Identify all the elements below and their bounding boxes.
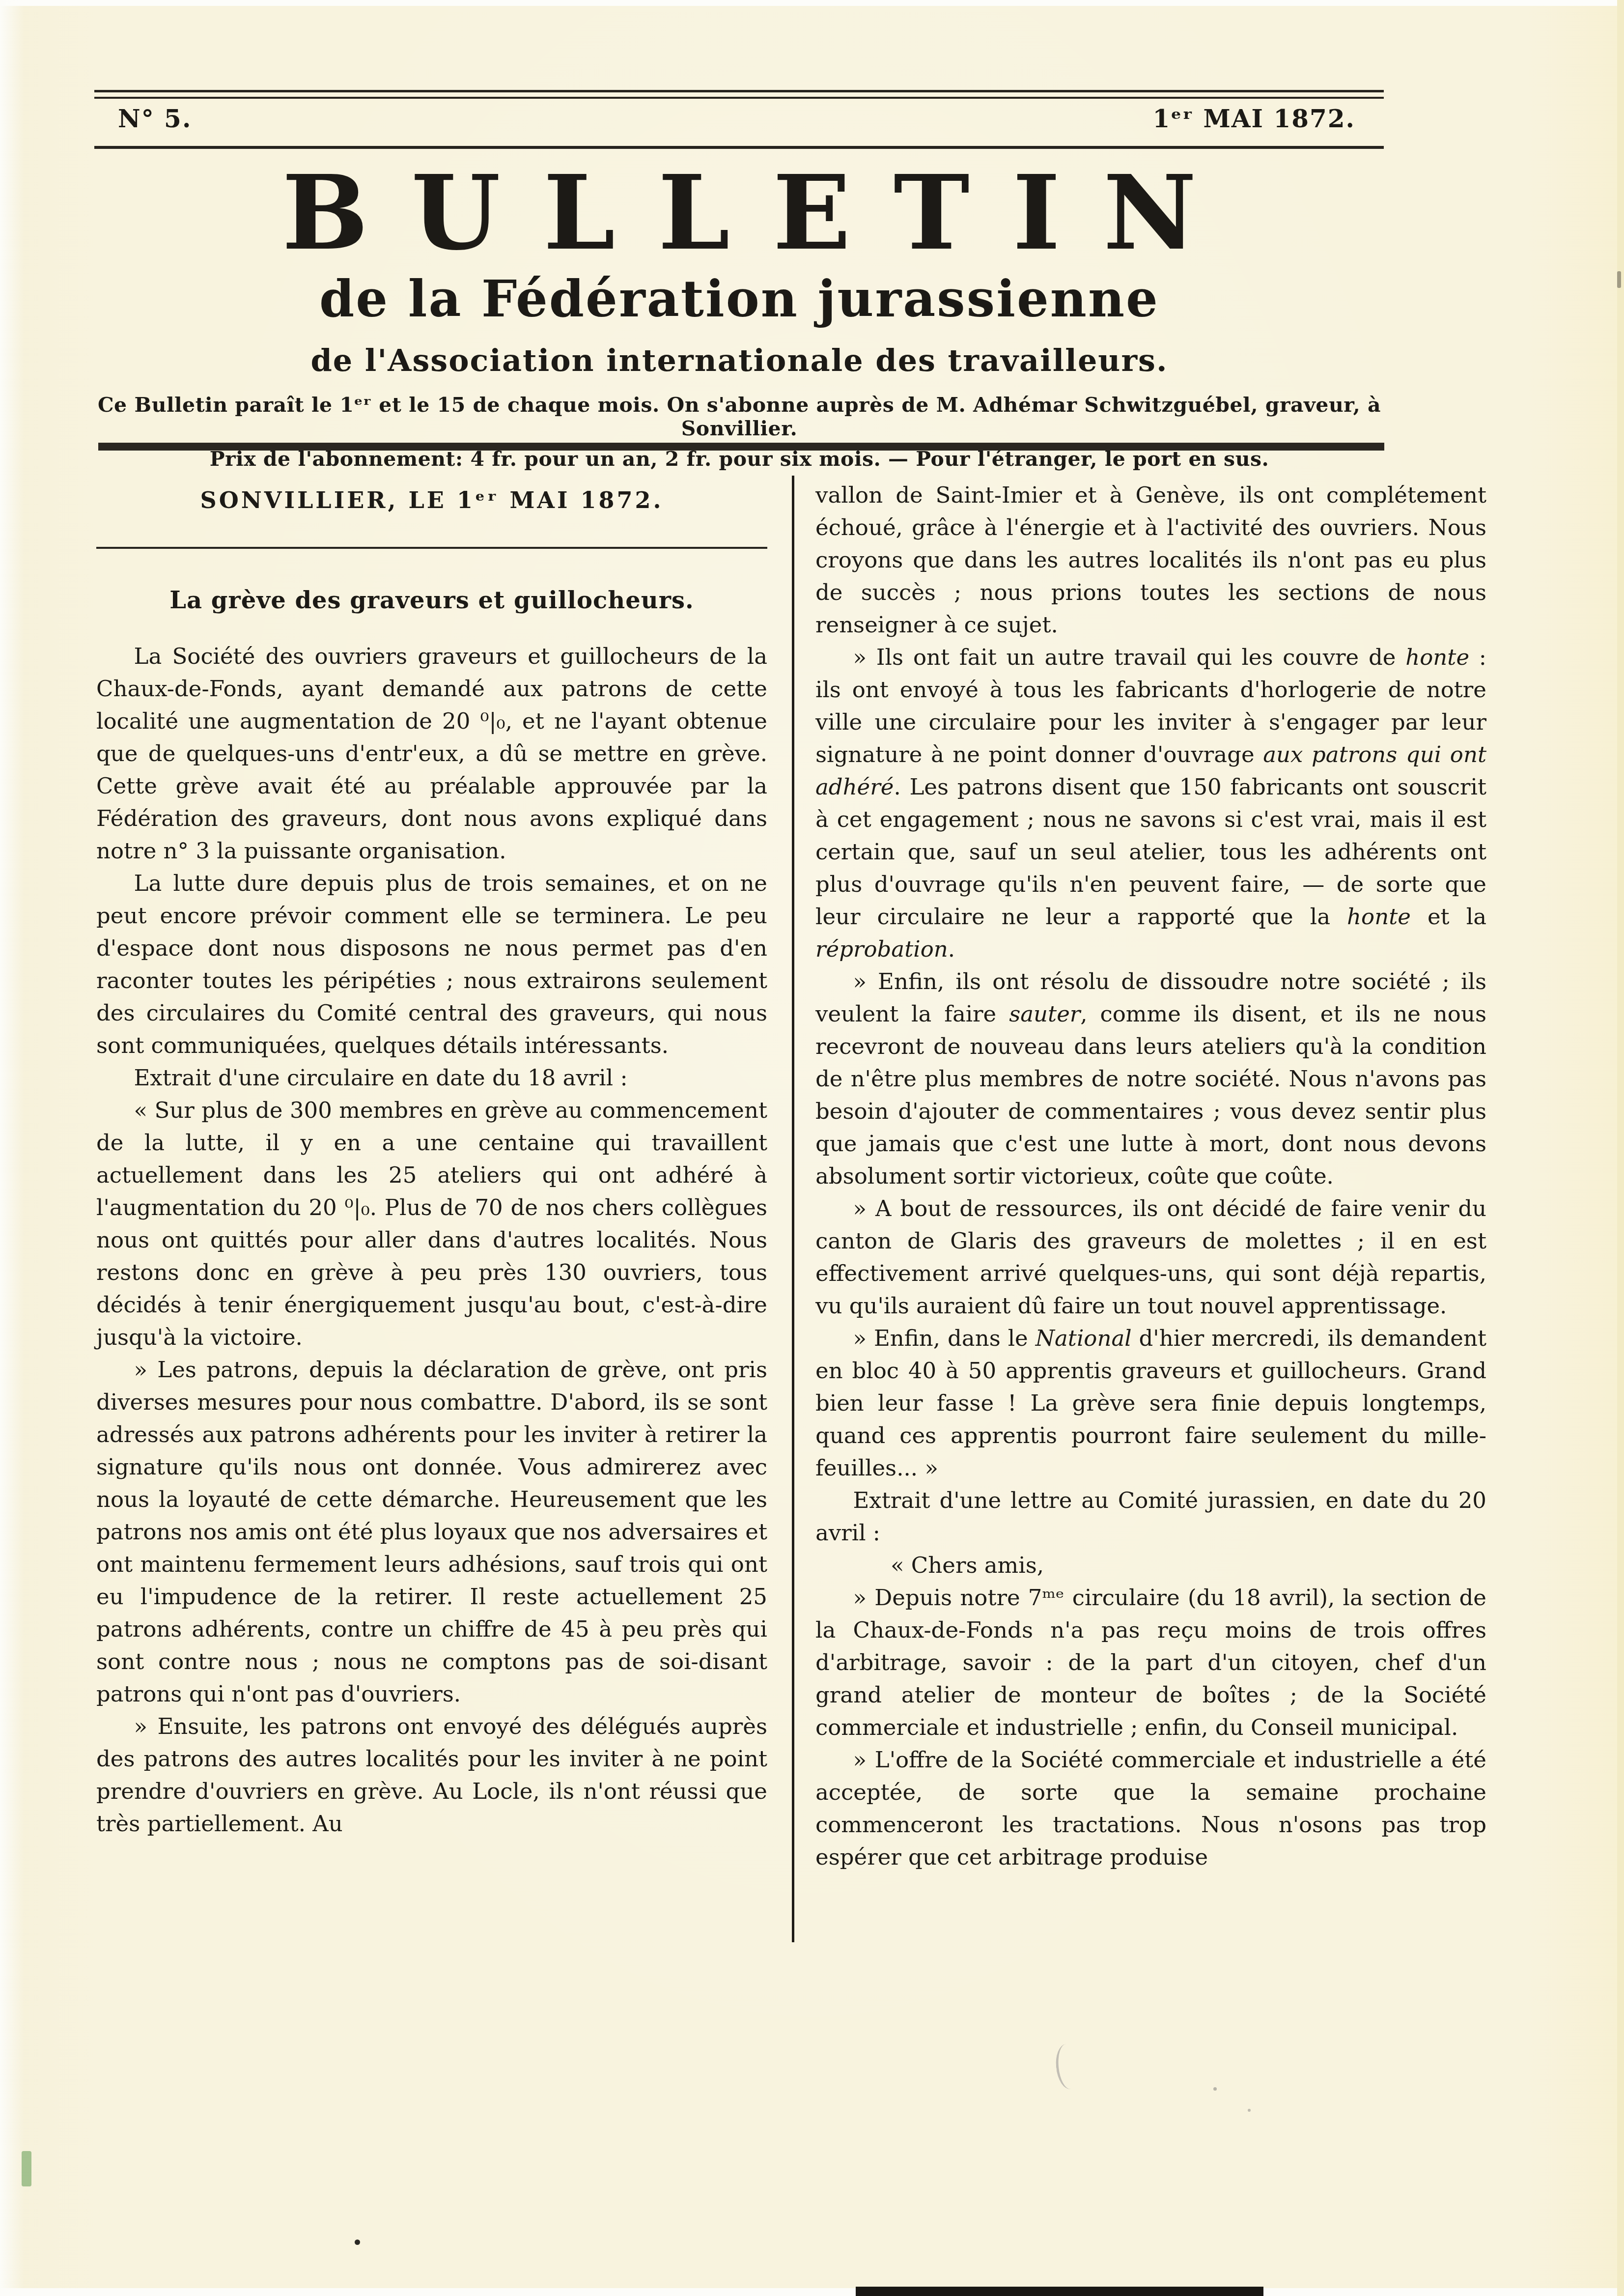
paragraph: Extrait d'une lettre au Comité jurassien… — [815, 1484, 1486, 1549]
paragraph: La lutte dure depuis plus de trois semai… — [96, 867, 767, 1062]
paragraph: » Les patrons, depuis la déclaration de … — [96, 1354, 767, 1710]
column-divider-rule — [792, 476, 794, 1942]
paragraph: » L'offre de la Société commerciale et i… — [815, 1744, 1486, 1873]
scan-artifact-dot — [1213, 2087, 1217, 2091]
paragraph: » Enfin, dans le National d'hier mercred… — [815, 1322, 1486, 1484]
paragraph: » Depuis notre 7ᵐᵉ circulaire (du 18 avr… — [815, 1582, 1486, 1744]
left-column: SONVILLIER, LE 1ᵉʳ MAI 1872. La grève de… — [96, 479, 767, 1840]
issue-number: N° 5. — [118, 104, 192, 133]
newspaper-page: N° 5. 1ᵉʳ MAI 1872. BULLETIN de la Fédér… — [0, 0, 1624, 2296]
dateline: SONVILLIER, LE 1ᵉʳ MAI 1872. — [96, 484, 767, 516]
paragraph: » Enfin, ils ont résolu de dissoudre not… — [815, 965, 1486, 1192]
scan-edge-right — [1617, 0, 1624, 2296]
right-column: vallon de Saint-Imier et à Genève, ils o… — [815, 479, 1486, 1873]
paragraph: « Chers amis, — [815, 1549, 1486, 1582]
dateline-rule — [96, 547, 767, 549]
masthead: BULLETIN de la Fédération jurassienne de… — [93, 162, 1385, 471]
page-subtitle: de la Fédération jurassienne — [93, 273, 1385, 326]
scan-artifact-pen-mark — [1054, 2043, 1082, 2091]
paragraph: » Ils ont fait un autre travail qui les … — [815, 641, 1486, 965]
scan-edge-left — [0, 0, 28, 2296]
scan-artifact-green-mark — [22, 2151, 31, 2186]
header-single-rule — [94, 146, 1384, 149]
masthead-info-line1: Ce Bulletin paraît le 1ᵉʳ et le 15 de ch… — [93, 393, 1385, 440]
scan-edge-bottom — [0, 2288, 1624, 2296]
header-double-rule — [94, 90, 1384, 99]
paragraph: » A bout de ressources, ils ont décidé d… — [815, 1192, 1486, 1322]
paragraph: Extrait d'une circulaire en date du 18 a… — [96, 1062, 767, 1094]
scan-artifact-black-bar — [856, 2287, 1263, 2296]
scan-artifact-dot — [355, 2239, 360, 2245]
left-column-body: La Société des ouvriers graveurs et guil… — [96, 640, 767, 1840]
paragraph: La Société des ouvriers graveurs et guil… — [96, 640, 767, 867]
issue-date: 1ᵉʳ MAI 1872. — [1152, 104, 1355, 133]
article-title: La grève des graveurs et guillocheurs. — [96, 584, 767, 617]
right-column-body: vallon de Saint-Imier et à Genève, ils o… — [815, 479, 1486, 1873]
masthead-info-line2: Prix de l'abonnement: 4 fr. pour un an, … — [93, 447, 1385, 471]
page-title: BULLETIN — [93, 162, 1428, 264]
scan-edge-top — [0, 0, 1624, 6]
scan-artifact-dot — [1248, 2109, 1251, 2112]
paragraph: « Sur plus de 300 membres en grève au co… — [96, 1094, 767, 1354]
scan-artifact-edge-tick — [1617, 271, 1621, 288]
paragraph: » Ensuite, les patrons ont envoyé des dé… — [96, 1710, 767, 1840]
page-subtitle-2: de l'Association internationale des trav… — [93, 342, 1385, 378]
paragraph: vallon de Saint-Imier et à Genève, ils o… — [815, 479, 1486, 641]
masthead-thick-rule — [98, 443, 1384, 451]
